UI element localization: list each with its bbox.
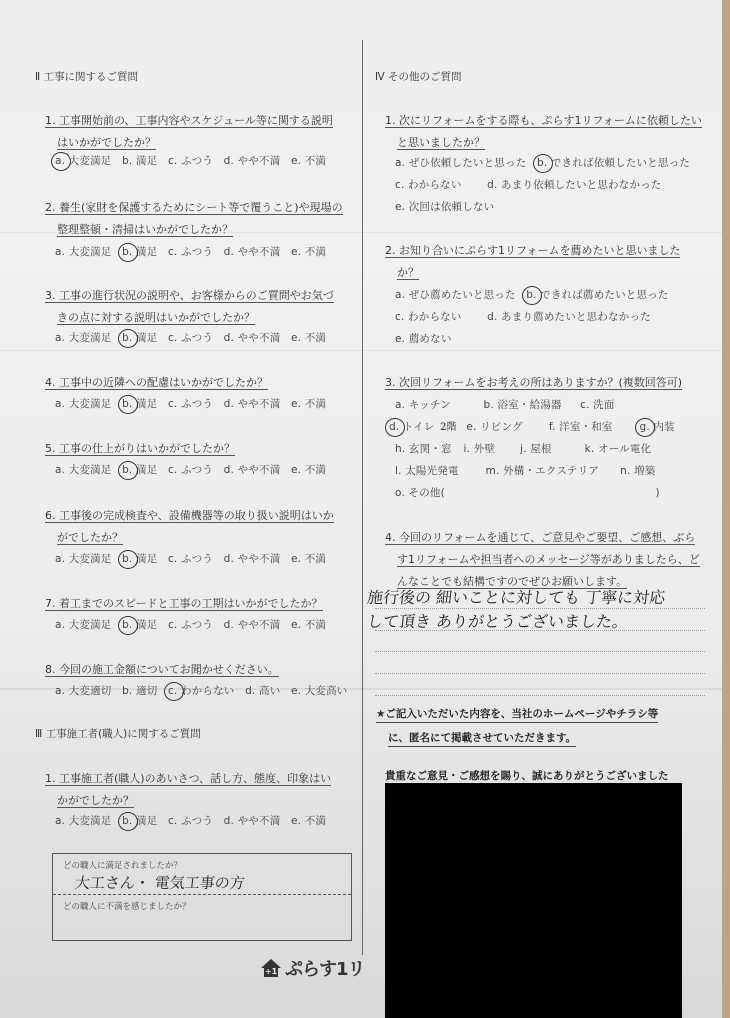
question-4-2-line1: 2. お知り合いにぷらす1リフォームを薦めたいと思いました xyxy=(385,245,680,258)
option-d[interactable]: d. やや不満 xyxy=(224,247,281,258)
question-2-6-line1: 6. 工事後の完成検査や、設備機器等の取り扱い説明はいか xyxy=(45,510,334,523)
question-2-8-options: a. 大変適切 b. 適切 c. わからない d. 高い e. 大変高い xyxy=(55,686,355,697)
question-2-4: 4. 工事中の近隣への配慮はいかがでしたか？ xyxy=(45,377,268,390)
option-b-selected[interactable]: b. 満足 xyxy=(122,399,157,410)
svg-text:+1: +1 xyxy=(265,967,278,976)
option-e[interactable]: e. リビング xyxy=(466,422,538,433)
question-2-5: 5. 工事の仕上がりはいかがでしたか？ xyxy=(45,443,235,456)
question-2-7-options: a. 大変満足 b. 満足 c. ふつう d. やや不満 e. 不満 xyxy=(55,620,333,631)
question-4-3: 3. 次回リフォームをお考えの所はありますか？(複数回答可) xyxy=(385,377,682,390)
comment-answer-line1[interactable]: 施行後の 細いことに対しても 丁寧に対応 xyxy=(366,590,666,606)
option-d[interactable]: d. やや不満 xyxy=(224,333,281,344)
question-2-3-options: a. 大変満足 b. 満足 c. ふつう d. やや不満 e. 不満 xyxy=(55,333,333,344)
option-d[interactable]: d. やや不満 xyxy=(224,399,281,410)
option-d[interactable]: d. やや不満 xyxy=(224,156,281,167)
option-m[interactable]: m. 外構・エクステリア xyxy=(486,466,610,477)
question-2-3-line2: きの点に対する説明はいかがでしたか？ xyxy=(57,312,255,325)
section-4-title: Ⅳ その他のご質問 xyxy=(375,72,462,83)
question-2-2-line2: 整理整頓・清掃はいかがでしたか？ xyxy=(57,224,233,237)
option-c[interactable]: c. 洗面 xyxy=(580,400,614,411)
option-b-selected[interactable]: b. 満足 xyxy=(122,620,157,631)
option-o-close: ) xyxy=(656,487,660,499)
option-h[interactable]: h. 玄関・窓 xyxy=(395,444,453,455)
paper-fold xyxy=(0,350,722,351)
option-c[interactable]: c. わからない xyxy=(395,180,462,191)
question-4-3-options-row3: h. 玄関・窓 i. 外壁 j. 屋根 k. オール電化 xyxy=(395,444,658,455)
option-a[interactable]: a. 大変満足 xyxy=(55,554,112,565)
section-3-title: Ⅲ 工事施工者(職人)に関するご質問 xyxy=(35,729,201,740)
comment-ruled-line xyxy=(375,695,705,696)
question-4-3-options-row1: a. キッチン b. 浴室・給湯器 c. 洗面 xyxy=(395,400,622,411)
option-a[interactable]: a. 大変満足 xyxy=(55,247,112,258)
option-a[interactable]: a. ぜひ薦めたいと思った xyxy=(395,290,516,301)
question-2-6-options: a. 大変満足 b. 満足 c. ふつう d. やや不満 e. 不満 xyxy=(55,554,333,565)
option-k[interactable]: k. オール電化 xyxy=(585,444,652,455)
option-d[interactable]: d. やや不満 xyxy=(224,816,281,827)
question-4-4-line1: 4. 今回のリフォームを通じて、ご意見やご要望、ご感想、ぶら xyxy=(385,532,695,545)
comment-ruled-line xyxy=(375,608,705,609)
company-logo: +1 ぷらす1リ xyxy=(260,955,365,981)
column-divider xyxy=(362,40,363,955)
question-2-4-options: a. 大変満足 b. 満足 c. ふつう d. やや不満 e. 不満 xyxy=(55,399,333,410)
question-2-1-options: a. 大変満足 b. 満足 c. ふつう d. やや不満 e. 不満 xyxy=(55,156,333,167)
option-e[interactable]: e. 不満 xyxy=(291,554,326,565)
option-e[interactable]: e. 不満 xyxy=(291,247,326,258)
option-c[interactable]: c. ふつう xyxy=(168,247,213,258)
option-c[interactable]: c. わからない xyxy=(395,312,462,323)
question-2-3-line1: 3. 工事の進行状況の説明や、お客様からのご質問やお気づ xyxy=(45,290,334,303)
option-d-note[interactable]: 2階 xyxy=(440,422,457,433)
option-c[interactable]: c. ふつう xyxy=(168,620,213,631)
option-d-selected[interactable]: d. トイレ xyxy=(389,422,435,433)
option-d[interactable]: d. やや不満 xyxy=(224,554,281,565)
question-4-1-options-row1: a. ぜひ依頼したいと思った b. できれば依頼したいと思った xyxy=(395,158,697,169)
question-4-2-line2: か？ xyxy=(397,267,419,280)
option-b[interactable]: b. 満足 xyxy=(122,156,157,167)
question-4-1-line2: と思いましたか？ xyxy=(397,137,485,150)
option-e[interactable]: e. 不満 xyxy=(291,399,326,410)
option-b-selected[interactable]: b. できれば薦めたいと思った xyxy=(526,290,668,301)
option-a[interactable]: a. 大変適切 xyxy=(55,686,112,697)
publication-notice-line2: に、匿名にて掲載させていただきます。 xyxy=(388,730,576,747)
option-b-selected[interactable]: b. 満足 xyxy=(122,465,157,476)
option-d[interactable]: d. やや不満 xyxy=(224,620,281,631)
question-2-2-line1: 2. 養生(家財を保護するためにシート等で覆うこと)や現場の xyxy=(45,202,343,215)
question-3-1-line2: かがでしたか？ xyxy=(57,795,134,808)
option-b-selected[interactable]: b. 満足 xyxy=(122,816,157,827)
logo-text: ぷらす1リ xyxy=(285,955,365,981)
comment-ruled-line xyxy=(375,630,705,631)
comment-ruled-line xyxy=(375,673,705,674)
option-d[interactable]: d. あまり依頼したいと思わなかった xyxy=(487,180,661,191)
option-a[interactable]: a. 大変満足 xyxy=(55,465,112,476)
option-i[interactable]: i. 外壁 xyxy=(464,444,510,455)
question-4-2-options-row1: a. ぜひ薦めたいと思った b. できれば薦めたいと思った xyxy=(395,290,676,301)
option-c[interactable]: c. ふつう xyxy=(168,816,213,827)
option-e[interactable]: e. 次回は依頼しない xyxy=(395,202,494,213)
option-b-selected[interactable]: b. 満足 xyxy=(122,554,157,565)
option-a-selected[interactable]: a. 大変満足 xyxy=(55,156,112,167)
question-4-4-line2: す1リフォームや担当者へのメッセージ等がありましたら、ど xyxy=(397,554,700,567)
option-c[interactable]: c. ふつう xyxy=(168,554,213,565)
option-e[interactable]: e. 不満 xyxy=(291,156,326,167)
question-4-3-options-row5: o. その他( ) xyxy=(395,488,660,499)
question-4-1-options-row3: e. 次回は依頼しない xyxy=(395,202,501,213)
option-j[interactable]: j. 屋根 xyxy=(520,444,574,455)
redacted-area xyxy=(385,783,682,1018)
satisfied-craftsman-answer[interactable]: 大工さん・ 電気工事の方 xyxy=(74,872,246,893)
option-a[interactable]: a. 大変満足 xyxy=(55,620,112,631)
question-2-5-options: a. 大変満足 b. 満足 c. ふつう d. やや不満 e. 不満 xyxy=(55,465,333,476)
option-a[interactable]: a. 大変満足 xyxy=(55,333,112,344)
question-4-2-options-row3: e. 薦めない xyxy=(395,334,459,345)
question-2-7: 7. 着工までのスピードと工事の工期はいかがでしたか？ xyxy=(45,598,323,611)
question-2-8: 8. 今回の施工金額についてお聞かせください。 xyxy=(45,664,279,677)
question-4-3-options-row2: d. トイレ 2階 e. リビング f. 洋室・和室 g. 内装 xyxy=(389,422,682,433)
option-a[interactable]: a. 大変満足 xyxy=(55,399,112,410)
option-e[interactable]: e. 大変高い xyxy=(291,686,348,697)
question-4-1-line1: 1. 次にリフォームをする際も、ぷらす1リフォームに依頼したい xyxy=(385,115,702,128)
question-2-1-line1: 1. 工事開始前の、工事内容やスケジュール等に関する説明 xyxy=(45,115,333,128)
option-l[interactable]: l. 太陽光発電 xyxy=(395,466,475,477)
comment-answer-line2[interactable]: して頂き ありがとうございました。 xyxy=(366,614,629,630)
option-e[interactable]: e. 不満 xyxy=(291,816,326,827)
question-3-1-line1: 1. 工事施工者(職人)のあいさつ、話し方、態度、印象はい xyxy=(45,773,331,786)
option-c[interactable]: c. ふつう xyxy=(168,333,213,344)
option-a[interactable]: a. ぜひ依頼したいと思った xyxy=(395,158,526,169)
option-n[interactable]: n. 増築 xyxy=(620,466,655,477)
option-c[interactable]: c. ふつう xyxy=(168,399,213,410)
question-4-2-options-row2: c. わからない d. あまり薦めたいと思わなかった xyxy=(395,312,658,323)
option-c-selected[interactable]: c. わからない xyxy=(168,686,235,697)
question-4-1-options-row2: c. わからない d. あまり依頼したいと思わなかった xyxy=(395,180,669,191)
option-c[interactable]: c. ふつう xyxy=(168,465,213,476)
option-f[interactable]: f. 洋室・和室 xyxy=(549,422,629,433)
option-d[interactable]: d. やや不満 xyxy=(224,465,281,476)
question-4-3-options-row4: l. 太陽光発電 m. 外構・エクステリア n. 増築 xyxy=(395,466,662,477)
option-b[interactable]: b. 適切 xyxy=(122,686,157,697)
question-2-2-options: a. 大変満足 b. 満足 c. ふつう d. やや不満 e. 不満 xyxy=(55,247,333,258)
option-a[interactable]: a. 大変満足 xyxy=(55,816,112,827)
survey-sheet: Ⅱ 工事に関するご質問 1. 工事開始前の、工事内容やスケジュール等に関する説明… xyxy=(0,0,722,1018)
unsatisfied-craftsman-label: どの職人に不満を感じましたか？ xyxy=(63,900,191,912)
question-2-1-line2: はいかがでしたか？ xyxy=(57,137,156,150)
option-e[interactable]: e. 薦めない xyxy=(395,334,452,345)
option-e[interactable]: e. 不満 xyxy=(291,465,326,476)
publication-notice-line1: ★ご記入いただいた内容を、当社のホームページやチラシ等 xyxy=(376,706,658,723)
option-b[interactable]: b. 浴室・給湯器 xyxy=(484,400,570,411)
satisfied-craftsman-label: どの職人に満足されましたか？ xyxy=(63,859,182,871)
option-o[interactable]: o. その他( xyxy=(395,488,645,499)
question-2-6-line2: がでしたか？ xyxy=(57,532,123,545)
option-b-selected[interactable]: b. 満足 xyxy=(122,247,157,258)
craftsmen-feedback-box: どの職人に満足されましたか？ 大工さん・ 電気工事の方 どの職人に不満を感じまし… xyxy=(52,853,352,941)
comment-ruled-line xyxy=(375,651,705,652)
option-b-selected[interactable]: b. できれば依頼したいと思った xyxy=(537,158,690,169)
option-c[interactable]: c. ふつう xyxy=(168,156,213,167)
option-g-selected[interactable]: g. 内装 xyxy=(639,422,674,433)
option-a[interactable]: a. キッチン xyxy=(395,400,473,411)
option-b-selected[interactable]: b. 満足 xyxy=(122,333,157,344)
option-e[interactable]: e. 不満 xyxy=(291,333,326,344)
section-2-title: Ⅱ 工事に関するご質問 xyxy=(35,72,138,83)
option-d[interactable]: d. あまり薦めたいと思わなかった xyxy=(487,312,651,323)
house-icon: +1 xyxy=(260,958,282,978)
option-e[interactable]: e. 不満 xyxy=(291,620,326,631)
dashed-divider xyxy=(53,894,351,895)
thank-you-message: 貴重なご意見・ご感想を賜り、誠にありがとうございました xyxy=(385,768,669,783)
question-3-1-options: a. 大変満足 b. 満足 c. ふつう d. やや不満 e. 不満 xyxy=(55,816,333,827)
option-d[interactable]: d. 高い xyxy=(245,686,280,697)
